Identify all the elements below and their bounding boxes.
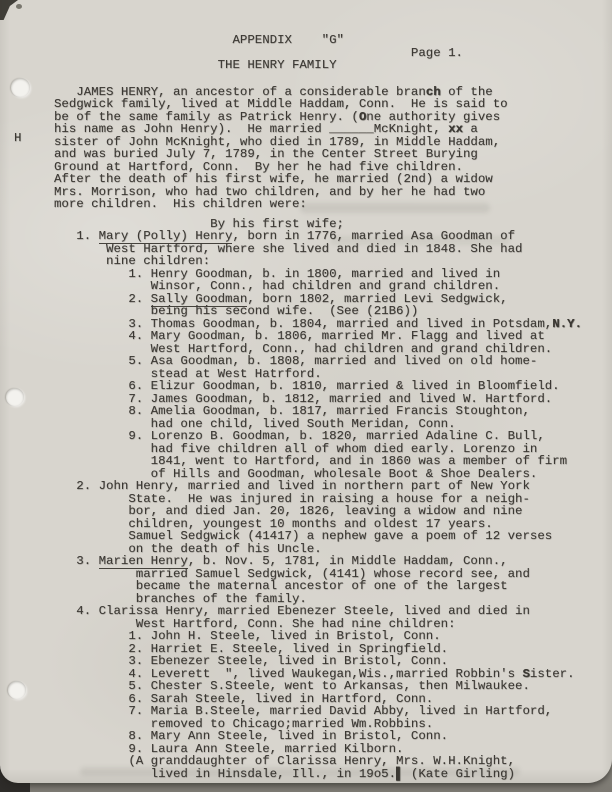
scan-background: H APPENDIX "G" Page 1. THE HENRY FAMILY …	[0, 0, 612, 792]
closing-line: lived in Hinsdale, Ill., in 19o5.▌ (Kate…	[54, 768, 610, 781]
punch-hole-top	[11, 78, 30, 97]
text-segment: more children. His children were:	[54, 197, 307, 211]
typed-line: more children. His children were:	[54, 198, 610, 211]
margin-annotation-h: H	[14, 131, 21, 145]
punch-hole-middle	[6, 388, 24, 406]
text-segment: (Kate Girling)	[403, 767, 515, 781]
text-segment: lived in Hinsdale, Ill., in 19o5.	[54, 767, 396, 781]
punch-hole-bottom	[8, 681, 26, 699]
corner-ink-dot	[16, 4, 22, 9]
text-segment: ister.	[530, 667, 575, 681]
document-title: THE HENRY FAMILY	[54, 59, 610, 72]
overstruck-text: N.Y.	[552, 317, 582, 331]
paper-page: H APPENDIX "G" Page 1. THE HENRY FAMILY …	[0, 0, 612, 783]
text-segment: THE HENRY FAMILY	[54, 58, 337, 72]
typed-text: APPENDIX "G" Page 1. THE HENRY FAMILY JA…	[54, 34, 610, 780]
corner-tear-mark	[0, 0, 18, 20]
blank-line	[54, 72, 610, 79]
